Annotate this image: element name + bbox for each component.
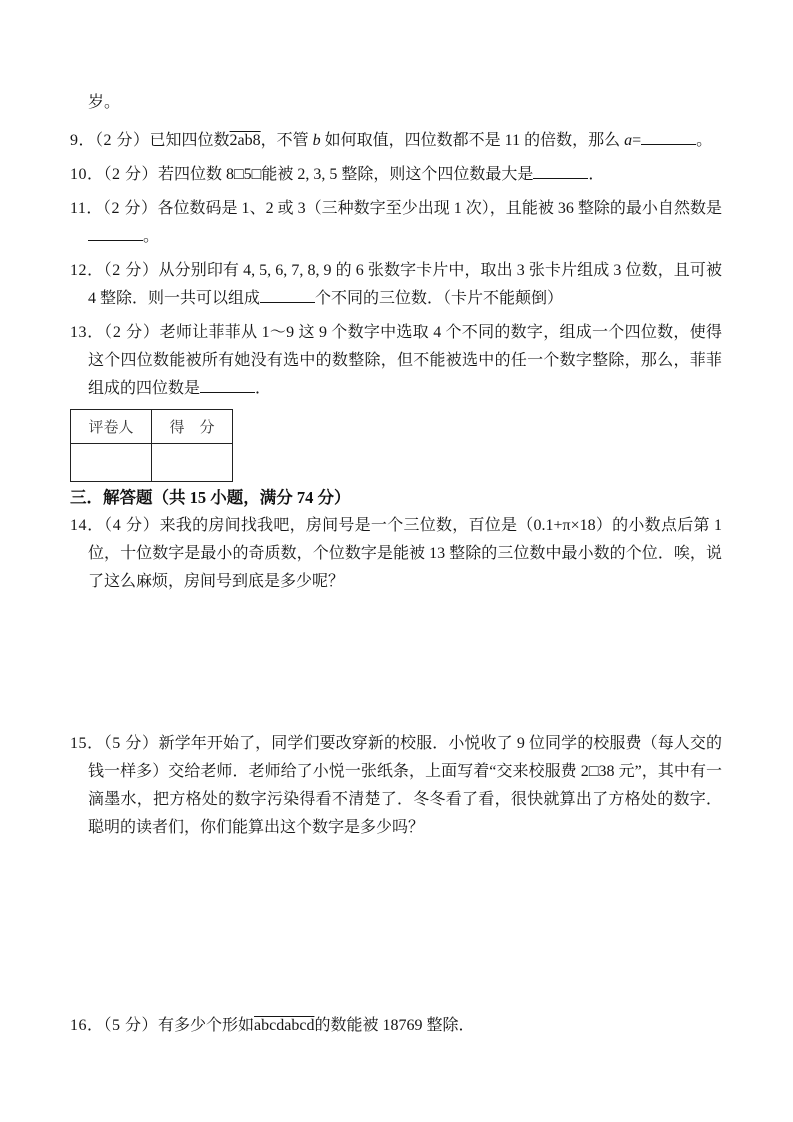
question-12: 12．（2 分）从分别印有 4, 5, 6, 7, 8, 9 的 6 张数字卡片…: [70, 257, 722, 313]
question-text: 。: [696, 132, 712, 149]
question-text: abcdabcd: [254, 1017, 314, 1034]
question-text: 各位数码是 1、2 或 3（三种数字至少出现 1 次），且能被 36 整除的最小…: [157, 200, 722, 217]
question-13: 13．（2 分）老师让菲菲从 1～9 这 9 个数字中选取 4 个不同的数字，组…: [70, 319, 722, 403]
question-11: 11．（2 分）各位数码是 1、2 或 3（三种数字至少出现 1 次），且能被 …: [70, 195, 722, 251]
question-text: 2ab8: [230, 132, 261, 149]
answer-blank: [88, 226, 143, 241]
grading-table-grader-cell: [71, 444, 152, 482]
question-text: 。: [143, 228, 159, 245]
question-number: 9．（2 分）: [70, 132, 150, 149]
worksheet-page: 岁。 9．（2 分）已知四位数2ab8，不管 b 如何取值，四位数都不是 11 …: [0, 0, 793, 1122]
question-text: 老师让菲菲从 1～9 这 9 个数字中选取 4 个不同的数字，组成一个四位数，使…: [88, 324, 722, 397]
question-9: 9．（2 分）已知四位数2ab8，不管 b 如何取值，四位数都不是 11 的倍数…: [70, 127, 722, 155]
question-text: =: [632, 132, 641, 149]
answer-blank: [641, 130, 696, 145]
question-16: 16．（5 分）有多少个形如abcdabcd的数能被 18769 整除．: [70, 1012, 722, 1040]
question-number: 16．（5 分）: [70, 1017, 158, 1034]
answer-blank: [533, 164, 588, 179]
grading-table-score-cell: [152, 444, 233, 482]
question-15: 15．（5 分）新学年开始了，同学们要改穿新的校服．小悦收了 9 位同学的校服费…: [70, 730, 722, 842]
question-text: 如何取值，四位数都不是 11 的倍数，那么: [321, 132, 624, 149]
question-number: 13．（2 分）: [70, 324, 160, 341]
question-text: 有多少个形如: [158, 1017, 254, 1034]
question-text: ．: [255, 380, 271, 397]
question-text: 的数能被 18769 整除．: [314, 1017, 474, 1034]
question-14: 14．（4 分）来我的房间找我吧，房间号是一个三位数，百位是（0.1+π×18）…: [70, 512, 722, 596]
grading-table: 评卷人 得 分: [70, 409, 233, 482]
answer-question-list: 14．（4 分）来我的房间找我吧，房间号是一个三位数，百位是（0.1+π×18）…: [70, 512, 722, 1040]
continuation-line: 岁。: [70, 89, 722, 117]
question-text: 来我的房间找我吧，房间号是一个三位数，百位是（0.1+π×18）的小数点后第 1…: [88, 517, 722, 590]
question-text: ．: [588, 166, 604, 183]
section-heading: 三．解答题（共 15 小题，满分 74 分）: [70, 484, 722, 512]
question-number: 10．（2 分）: [70, 166, 158, 183]
question-text: 若四位数 8□5□能被 2, 3, 5 整除，则这个四位数最大是: [158, 166, 533, 183]
question-number: 12．（2 分）: [70, 262, 159, 279]
grading-table-grader-header: 评卷人: [71, 410, 152, 444]
answer-blank: [260, 288, 315, 303]
grading-table-score-header: 得 分: [152, 410, 233, 444]
question-text: 已知四位数: [150, 132, 230, 149]
fill-blank-question-list: 9．（2 分）已知四位数2ab8，不管 b 如何取值，四位数都不是 11 的倍数…: [70, 127, 722, 403]
answer-blank: [200, 378, 255, 393]
question-text: 个不同的三位数．（卡片不能颠倒）: [315, 290, 563, 307]
question-text: 新学年开始了，同学们要改穿新的校服．小悦收了 9 位同学的校服费（每人交的钱一样…: [88, 735, 722, 836]
question-number: 15．（5 分）: [70, 735, 159, 752]
question-number: 11．（2 分）: [70, 200, 157, 217]
question-text: ，不管: [261, 132, 313, 149]
question-10: 10．（2 分）若四位数 8□5□能被 2, 3, 5 整除，则这个四位数最大是…: [70, 161, 722, 189]
question-text: b: [313, 132, 321, 149]
question-text: a: [624, 132, 632, 149]
question-number: 14．（4 分）: [70, 517, 160, 534]
